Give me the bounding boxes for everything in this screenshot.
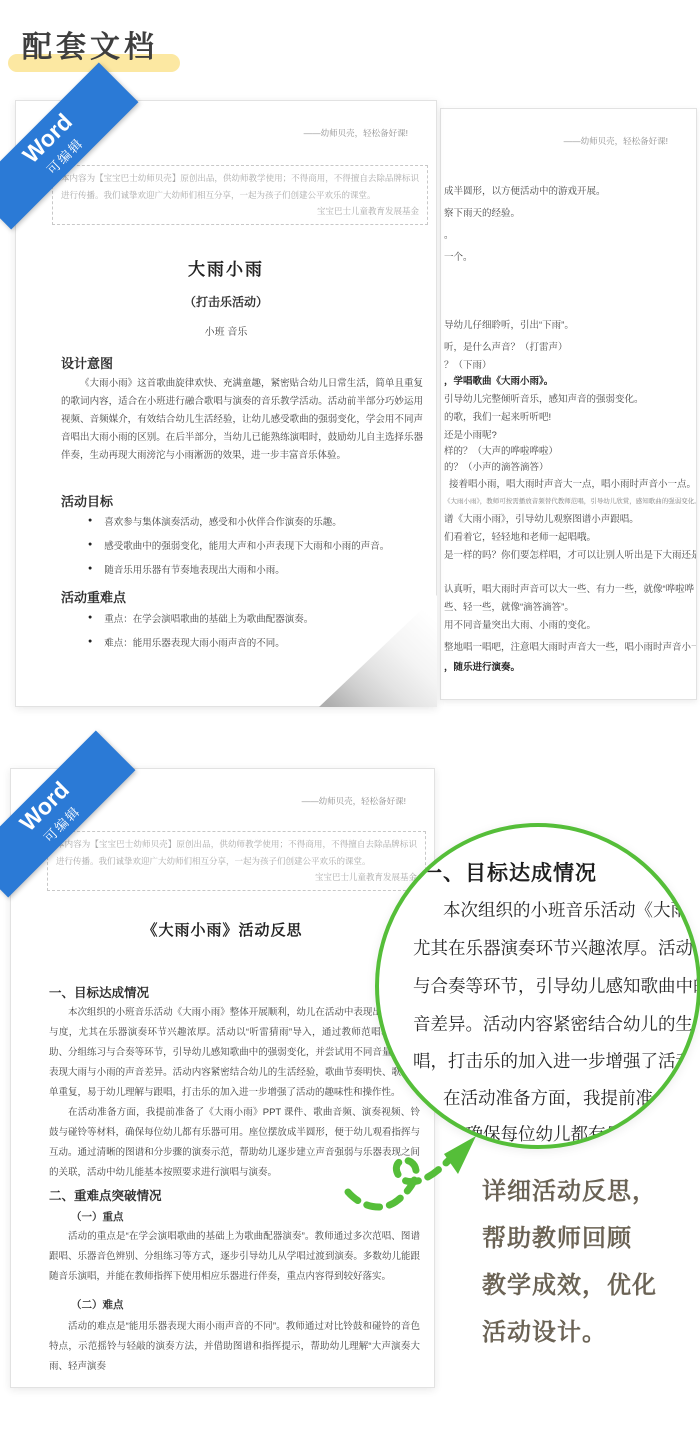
magnifier-heading: 一、目标达成情况 [421,857,597,887]
doc1-page2-line: ？（下雨） [444,357,492,371]
doc1-page2-line: 还是小雨呢? [444,427,497,441]
magnifier-line: 音差异。活动内容紧密结合幼儿的生活 [413,1011,700,1036]
doc1-page2-line: 《大雨小雨》，教师可按需播放音频替代教师范唱，引导幼儿欣赏，感知歌曲的强弱变化。 [444,496,697,505]
caption-block: 详细活动反思， 帮助教师回顾 教学成效，优化 活动设计。 [482,1168,694,1356]
copyright-notice: 本内容为【宝宝巴士幼师贝壳】原创出品，供幼师教学使用；不得商用，不得擅自去除品牌… [52,165,428,225]
reflection-subheading-key: （一）重点 [71,1209,124,1224]
doc1-page2-line: 谱《大雨小雨》，引导幼儿观察图谱小声跟唱。 [444,511,639,525]
doc1-title: 大雨小雨 [16,255,436,280]
copyright-notice: 本内容为【宝宝巴士幼师贝壳】原创出品，供幼师教学使用；不得商用，不得擅自去除品牌… [47,831,426,891]
doc1-page2-line: 们看着它，轻轻地和老师一起唱哦。 [444,529,596,543]
doc1-page2-line: 用不同音量突出大雨、小雨的变化。 [444,617,596,631]
doc1-page2-line: 听，是什么声音？（打雷声） [444,339,568,353]
design-intent-paragraph: 《大雨小雨》这首歌曲旋律欢快、充满童趣，紧密贴合幼儿日常生活，简单且重复的歌词内… [61,375,423,465]
key-point-text: 重点：在学会演唱歌曲的基础上为歌曲配器演奏。 [104,611,313,625]
doc-slogan: ——幼师贝壳，轻松备好课! [302,795,406,807]
doc1-subtitle: （打击乐活动） [16,293,436,310]
bullet-icon: ● [88,538,92,551]
magnifier-line: 唱，打击乐的加入进一步增强了活动 [413,1048,693,1073]
reflection-heading-2: 二、重难点突破情况 [49,1186,162,1204]
bullet-icon: ● [88,562,92,575]
doc1-page2-line: 接着唱小雨，唱大雨时声音大一点，唱小雨时声音小一点。 [449,476,696,490]
doc1-page2-line: 成半圆形，以方便活动中的游戏开展。 [444,183,606,197]
copyright-notice-text: 本内容为【宝宝巴士幼师贝壳】原创出品，供幼师教学使用；不得商用，不得擅自去除品牌… [56,839,417,866]
doc1-page2: ——幼师贝壳，轻松备好课! 成半圆形，以方便活动中的游戏开展。 察下雨天的经验。… [440,108,697,700]
goal-item: ● 随音乐用乐器有节奏地表现出大雨和小雨。 [88,562,422,576]
doc1-page2-line: 。 [444,227,454,241]
section-heading-goals: 活动目标 [61,491,113,510]
key-point-item: ● 重点：在学会演唱歌曲的基础上为歌曲配器演奏。 [88,611,422,625]
caption-line: 活动设计。 [482,1309,694,1356]
bullet-icon: ● [88,514,92,527]
page-title: 配套文档 [22,22,158,66]
doc1-page2-line: 整地唱一唱吧，注意唱大雨时声音大一些，唱小雨时声音小一些。 [444,639,697,653]
caption-line: 帮助教师回顾 [482,1215,694,1262]
doc1-page2-line: 样的？（大声的哗啦哗啦） [444,443,558,457]
doc1-page2-line: 认真听，唱大雨时声音可以大一些、有力一些，就像“哗啦哗 [444,581,694,595]
doc1-page2-line: 的？（小声的滴答滴答） [444,459,549,473]
magnifier-circle: 一、目标达成情况 本次组织的小班音乐活动《大雨 尤其在乐器演奏环节兴趣浓厚。活动… [375,823,700,1149]
doc-slogan: ——幼师贝壳，轻松备好课! [564,135,668,147]
doc2-page: ——幼师贝壳，轻松备好课! 本内容为【宝宝巴士幼师贝壳】原创出品，供幼师教学使用… [10,768,435,1388]
doc1-page2-line: 的歌，我们一起来听听吧! [444,409,551,423]
caption-line: 教学成效，优化 [482,1262,694,1309]
copyright-notice-sign: 宝宝巴士儿童教育发展基金 [56,869,417,886]
goal-item: ● 喜欢参与集体演奏活动，感受和小伙伴合作演奏的乐趣。 [88,514,422,528]
magnifier-line: 在活动准备方面，我提前准备 [443,1085,671,1110]
goal-text: 感受歌曲中的强弱变化，能用大声和小声表现下大雨和小雨的声音。 [104,538,389,552]
doc1-page2-line: 些、轻一些，就像“滴答滴答”。 [444,599,574,613]
goal-text: 随音乐用乐器有节奏地表现出大雨和小雨。 [104,562,285,576]
caption-line: 详细活动反思， [482,1168,694,1215]
reflection-subheading-difficulty: （二）难点 [71,1297,124,1312]
section-heading-design-intent: 设计意图 [61,353,113,372]
bullet-icon: ● [88,635,92,648]
copyright-notice-sign: 宝宝巴士儿童教育发展基金 [61,203,419,220]
key-point-item: ● 难点：能用乐器表现大雨小雨声音的不同。 [88,635,422,649]
magnifier-line: 本次组织的小班音乐活动《大雨 [443,897,688,922]
page-root: 配套文档 ——幼师贝壳，轻松备好课! 成半圆形，以方便活动中的游戏开展。 察下雨… [0,0,700,1435]
copyright-notice-text: 本内容为【宝宝巴士幼师贝壳】原创出品，供幼师教学使用；不得商用，不得擅自去除品牌… [61,173,419,200]
section-heading-key-points: 活动重难点 [61,587,126,606]
dashed-arrow-icon [330,1118,500,1253]
doc1-page2-line: 是一样的吗？你们要怎样唱，才可以让别人听出是下大雨还是 [444,547,697,561]
doc1-page1: ——幼师贝壳，轻松备好课! 本内容为【宝宝巴士幼师贝壳】原创出品，供幼师教学使用… [15,100,437,707]
magnifier-line: 与合奏等环节，引导幼儿感知歌曲中的 [413,973,700,998]
doc1-page2-line: 一个。 [444,249,473,263]
doc1-page2-line: 引导幼儿完整倾听音乐，感知声音的强弱变化。 [444,391,644,405]
doc1-page2-line: ，随乐进行演奏。 [444,659,520,673]
bullet-icon: ● [88,611,92,624]
goal-text: 喜欢参与集体演奏活动，感受和小伙伴合作演奏的乐趣。 [104,514,342,528]
doc1-page2-line: 导幼儿仔细聆听，引出“下雨”。 [444,317,574,331]
goal-item: ● 感受歌曲中的强弱变化，能用大声和小声表现下大雨和小雨的声音。 [88,538,422,552]
key-point-text: 难点：能用乐器表现大雨小雨声音的不同。 [104,635,285,649]
doc-slogan: ——幼师贝壳，轻松备好课! [304,127,408,139]
reflection-paragraph-4: 活动的难点是“能用乐器表现大雨小雨声音的不同”。教师通过对比铃鼓和碰铃的音色特点… [49,1317,420,1377]
reflection-heading-1: 一、目标达成情况 [49,983,149,1001]
doc1-meta: 小班 音乐 [16,323,436,338]
reflection-paragraph-1: 本次组织的小班音乐活动《大雨小雨》整体开展顺利，幼儿在活动中表现出较高的参与度，… [49,1003,420,1103]
doc1-page2-line: ，学唱歌曲《大雨小雨》。 [444,373,553,387]
magnifier-line: 尤其在乐器演奏环节兴趣浓厚。活动以 [413,935,700,960]
doc2-title: 《大雨小雨》活动反思 [11,919,434,940]
doc1-page2-line: 察下雨天的经验。 [444,205,520,219]
